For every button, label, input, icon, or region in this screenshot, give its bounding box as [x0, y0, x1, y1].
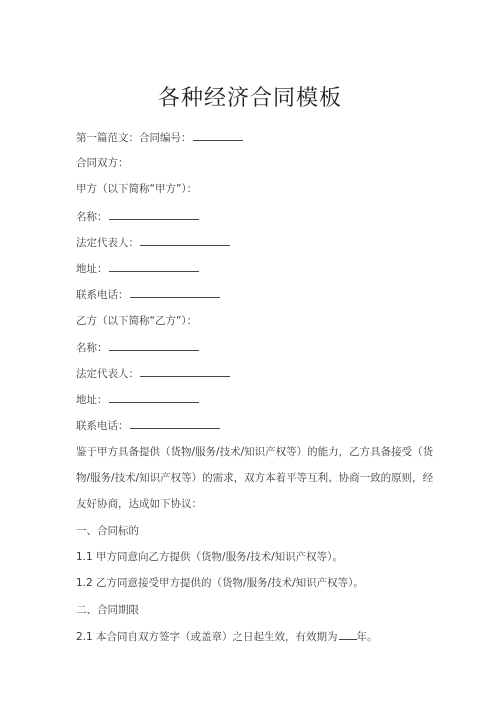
clause-1-1: 1.1 甲方同意向乙方提供（货物/服务/技术/知识产权等）。	[76, 550, 343, 564]
party-b-rep-label: 法定代表人：	[76, 368, 139, 380]
clause-1-2: 1.2 乙方同意接受甲方提供的（货物/服务/技术/知识产权等）。	[76, 576, 364, 590]
party-b-name-label: 名称：	[76, 342, 108, 354]
party-a-header: 甲方（以下简称“甲方”）：	[76, 182, 197, 196]
section-2-heading: 二、合同期限	[76, 603, 139, 617]
party-b-name-line: 名称：	[76, 340, 199, 355]
party-b-header: 乙方（以下简称“乙方”）：	[76, 314, 197, 328]
document-title: 各种经济合同模板	[0, 84, 500, 114]
party-b-phone-label: 联系电话：	[76, 420, 129, 432]
party-a-phone-label: 联系电话：	[76, 289, 129, 301]
party-b-phone-line: 联系电话：	[76, 418, 220, 433]
party-b-rep-line: 法定代表人：	[76, 366, 230, 381]
party-a-rep-label: 法定代表人：	[76, 237, 139, 249]
clause-2-1-text: 2.1 本合同自双方签字（或盖章）之日起生效，有效期为	[76, 631, 338, 643]
party-a-phone-blank[interactable]	[130, 287, 220, 298]
sample-number-line: 第一篇范文：合同编号：	[76, 130, 243, 145]
party-a-address-blank[interactable]	[109, 261, 199, 272]
parties-label: 合同双方：	[76, 156, 129, 170]
party-a-name-blank[interactable]	[109, 209, 199, 220]
party-b-address-label: 地址：	[76, 394, 108, 406]
contract-number-blank[interactable]	[193, 130, 243, 141]
party-a-rep-blank[interactable]	[140, 235, 230, 246]
party-b-name-blank[interactable]	[109, 340, 199, 351]
validity-years-blank[interactable]	[339, 629, 357, 640]
party-a-address-line: 地址：	[76, 261, 199, 276]
party-b-phone-blank[interactable]	[130, 418, 220, 429]
clause-2-1-line: 2.1 本合同自双方签字（或盖章）之日起生效，有效期为年。	[76, 629, 378, 644]
preamble-line-3: 友好协商，达成如下协议：	[76, 491, 428, 517]
preamble-line-1: 鉴于甲方具备提供（货物/服务/技术/知识产权等）的能力，乙方具备接受（货	[76, 439, 428, 465]
party-a-name-line: 名称：	[76, 209, 199, 224]
preamble-line-2: 物/服务/技术/知识产权等）的需求，双方本着平等互利、协商一致的原则，经	[76, 465, 428, 491]
party-b-rep-blank[interactable]	[140, 366, 230, 377]
party-a-name-label: 名称：	[76, 211, 108, 223]
sample-number-label: 第一篇范文：合同编号：	[76, 132, 192, 144]
party-a-phone-line: 联系电话：	[76, 287, 220, 302]
section-1-heading: 一、合同标的	[76, 524, 139, 538]
party-b-address-blank[interactable]	[109, 392, 199, 403]
document-page: 各种经济合同模板 第一篇范文：合同编号： 合同双方： 甲方（以下简称“甲方”）：…	[0, 0, 500, 707]
party-a-address-label: 地址：	[76, 263, 108, 275]
clause-2-1-suffix: 年。	[357, 631, 378, 643]
party-a-rep-line: 法定代表人：	[76, 235, 230, 250]
party-b-address-line: 地址：	[76, 392, 199, 407]
preamble-paragraph: 鉴于甲方具备提供（货物/服务/技术/知识产权等）的能力，乙方具备接受（货 物/服…	[76, 439, 428, 517]
